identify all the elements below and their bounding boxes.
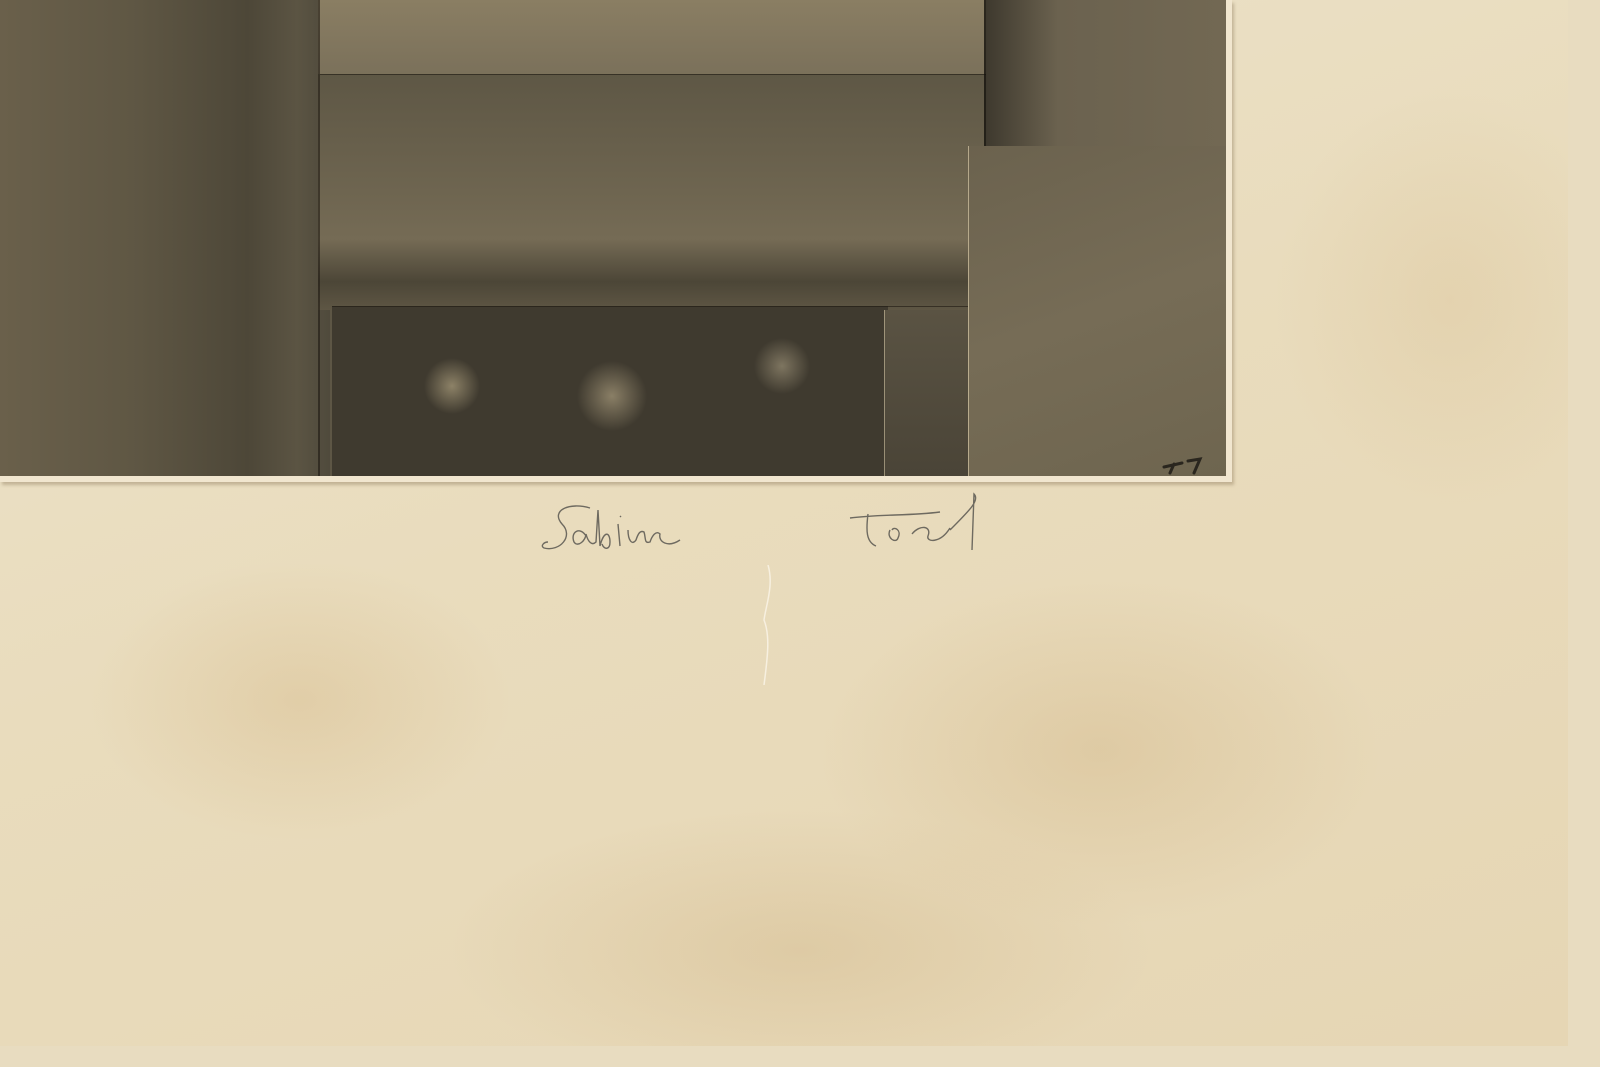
collage-artwork xyxy=(0,0,1226,476)
mat-crease xyxy=(760,565,780,685)
collage-piece-left-vertical xyxy=(0,0,330,476)
collage-piece-top-right xyxy=(986,0,1226,148)
collage-seam xyxy=(968,146,969,476)
pencil-signature: Sabine Ebel xyxy=(540,490,1040,570)
collage-seam xyxy=(332,306,968,307)
collage-piece-small-vertical xyxy=(884,310,968,476)
collage-piece-top-strip xyxy=(318,0,990,78)
collage-piece-middle-horizontal xyxy=(318,74,986,310)
collage-seam xyxy=(984,0,986,146)
collage-seam xyxy=(884,310,885,476)
corner-mark xyxy=(1160,445,1220,475)
collage-seam xyxy=(318,0,320,476)
collage-piece-foliage xyxy=(332,306,888,476)
collage-seam xyxy=(320,74,986,75)
collage-piece-right-block xyxy=(968,146,1226,476)
